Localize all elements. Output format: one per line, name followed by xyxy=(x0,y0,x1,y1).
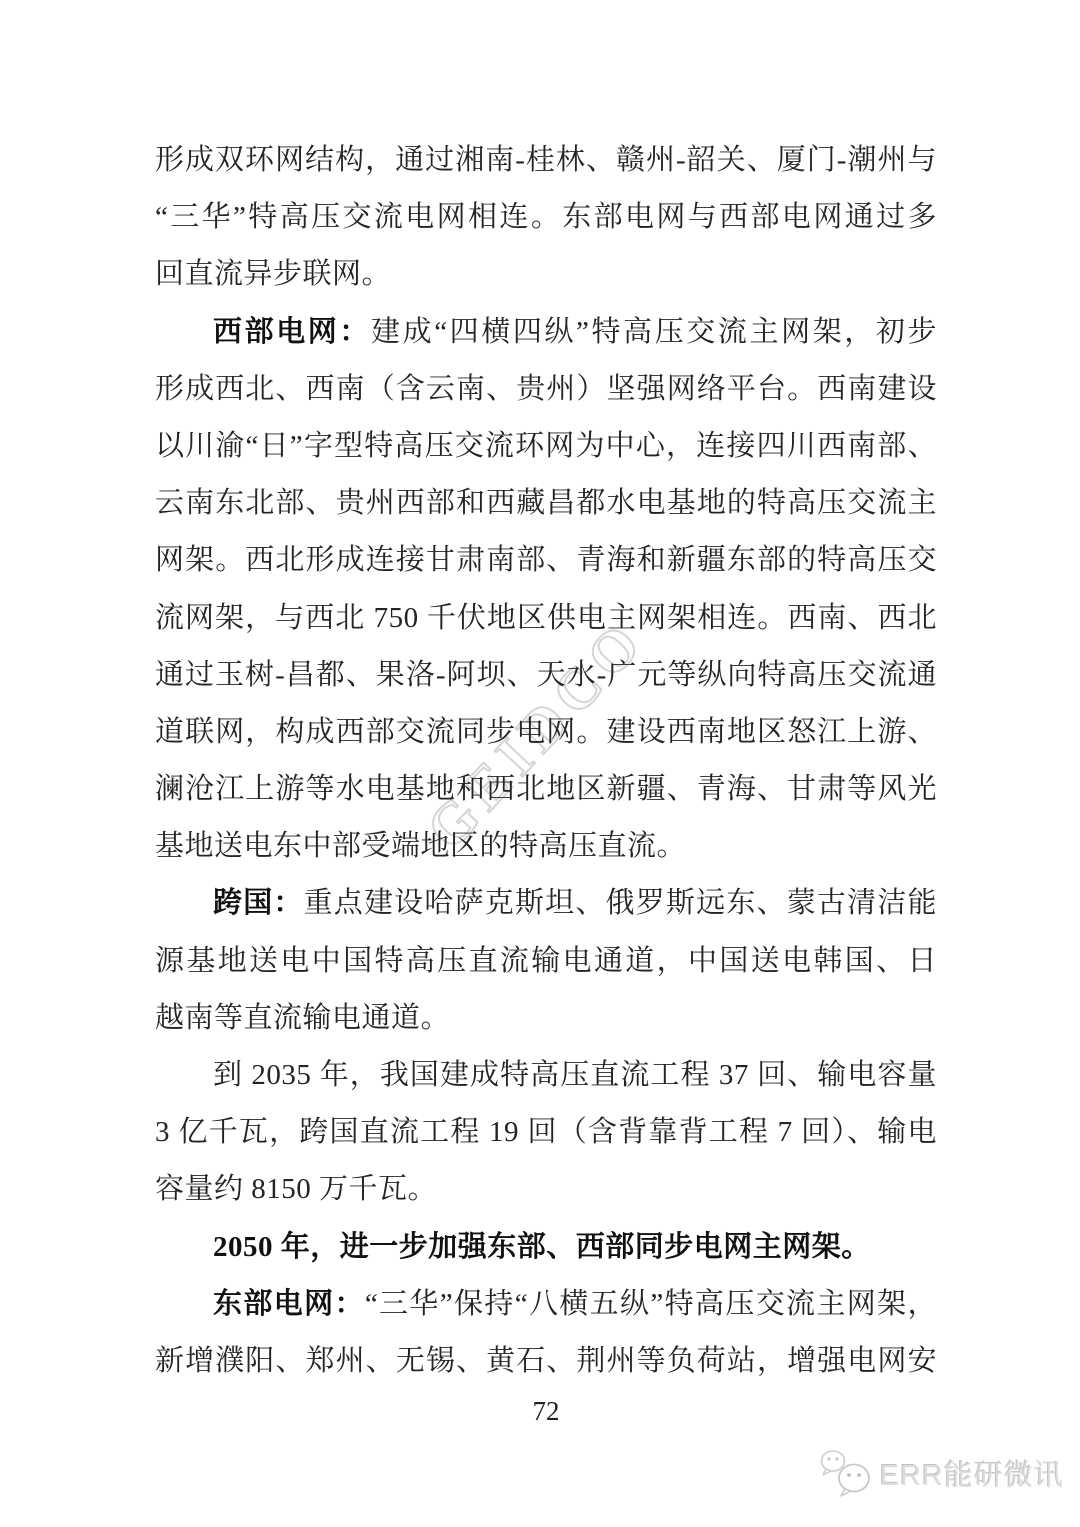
bold-text-segment: 跨国： xyxy=(213,887,304,919)
document-body: 形成双环网结构，通过湘南-桂林、赣州-韶关、厦门-潮州与“三华”特高压交流电网相… xyxy=(155,132,937,1390)
wechat-icon xyxy=(819,1448,875,1498)
footer-watermark-label: ERR能研微讯 xyxy=(880,1453,1064,1494)
text-line: 新增濮阳、郑州、无锡、黄石、荆州等负荷站，增强电网安 xyxy=(155,1333,937,1390)
text-line: 回直流异步联网。 xyxy=(155,246,937,303)
text-line: 东部电网：“三华”保持“八横五纵”特高压交流主网架， xyxy=(155,1276,937,1333)
text-line: 源基地送电中国特高压直流输电通道，中国送电韩国、日本、 xyxy=(155,933,937,990)
text-line: 2050 年，进一步加强东部、西部同步电网主网架。 xyxy=(155,1219,937,1276)
bold-text-segment: 2050 年，进一步加强东部、西部同步电网主网架。 xyxy=(213,1231,871,1263)
text-segment: 澜沧江上游等水电基地和西北地区新疆、青海、甘肃等风光 xyxy=(155,773,937,805)
text-segment: 网架。西北形成连接甘肃南部、青海和新疆东部的特高压交 xyxy=(155,544,937,576)
text-segment: 以川渝“日”字型特高压交流环网为中心，连接四川西南部、 xyxy=(155,430,937,462)
text-segment: 回直流异步联网。 xyxy=(155,258,391,290)
text-line: 容量约 8150 万千瓦。 xyxy=(155,1161,937,1218)
text-segment: 道联网，构成西部交流同步电网。建设西南地区怒江上游、 xyxy=(155,716,937,748)
text-segment: 到 2035 年，我国建成特高压直流工程 37 回、输电容量 xyxy=(213,1059,937,1091)
footer-watermark: ERR能研微讯 xyxy=(819,1448,1064,1498)
text-segment: 3 亿千瓦，跨国直流工程 19 回（含背靠背工程 7 回）、输电 xyxy=(155,1116,937,1148)
text-segment: 通过玉树-昌都、果洛-阿坝、天水-广元等纵向特高压交流通 xyxy=(155,659,937,691)
text-segment: 容量约 8150 万千瓦。 xyxy=(155,1173,437,1205)
text-line: 澜沧江上游等水电基地和西北地区新疆、青海、甘肃等风光 xyxy=(155,761,937,818)
text-segment: 基地送电东中部受端地区的特高压直流。 xyxy=(155,830,686,862)
text-line: 云南东北部、贵州西部和西藏昌都水电基地的特高压交流主 xyxy=(155,475,937,532)
text-line: 基地送电东中部受端地区的特高压直流。 xyxy=(155,818,937,875)
page-number: 72 xyxy=(155,1396,937,1427)
text-line: 西部电网：建成“四横四纵”特高压交流主网架，初步 xyxy=(155,304,937,361)
document-page: { "page": { "number": "72" }, "watermark… xyxy=(0,0,1080,1527)
text-line: 流网架，与西北 750 千伏地区供电主网架相连。西南、西北 xyxy=(155,590,937,647)
text-line: 道联网，构成西部交流同步电网。建设西南地区怒江上游、 xyxy=(155,704,937,761)
text-segment: 流网架，与西北 750 千伏地区供电主网架相连。西南、西北 xyxy=(155,602,937,634)
text-segment: 新增濮阳、郑州、无锡、黄石、荆州等负荷站，增强电网安 xyxy=(155,1345,937,1377)
text-segment: 形成西北、西南（含云南、贵州）坚强网络平台。西南建设 xyxy=(155,373,937,405)
text-segment: “三华”特高压交流电网相连。东部电网与西部电网通过多 xyxy=(155,201,937,233)
text-segment: 源基地送电中国特高压直流输电通道，中国送电韩国、日本、 xyxy=(155,945,937,990)
text-line: 以川渝“日”字型特高压交流环网为中心，连接四川西南部、 xyxy=(155,418,937,475)
bold-text-segment: 西部电网： xyxy=(213,316,371,348)
text-line: 网架。西北形成连接甘肃南部、青海和新疆东部的特高压交 xyxy=(155,532,937,589)
text-segment: 云南东北部、贵州西部和西藏昌都水电基地的特高压交流主 xyxy=(155,487,937,519)
text-line: 越南等直流输电通道。 xyxy=(155,990,937,1047)
text-line: 形成西北、西南（含云南、贵州）坚强网络平台。西南建设 xyxy=(155,361,937,418)
text-line: 3 亿千瓦，跨国直流工程 19 回（含背靠背工程 7 回）、输电 xyxy=(155,1104,937,1161)
text-segment: 越南等直流输电通道。 xyxy=(155,1002,450,1034)
text-line: 到 2035 年，我国建成特高压直流工程 37 回、输电容量 xyxy=(155,1047,937,1104)
bold-text-segment: 东部电网： xyxy=(213,1288,365,1320)
text-segment: 形成双环网结构，通过湘南-桂林、赣州-韶关、厦门-潮州与 xyxy=(155,144,937,176)
text-segment: “三华”保持“八横五纵”特高压交流主网架， xyxy=(365,1288,937,1320)
text-line: 形成双环网结构，通过湘南-桂林、赣州-韶关、厦门-潮州与 xyxy=(155,132,937,189)
text-line: 跨国：重点建设哈萨克斯坦、俄罗斯远东、蒙古清洁能 xyxy=(155,875,937,932)
text-line: “三华”特高压交流电网相连。东部电网与西部电网通过多 xyxy=(155,189,937,246)
text-segment: 重点建设哈萨克斯坦、俄罗斯远东、蒙古清洁能 xyxy=(304,887,937,919)
text-line: 通过玉树-昌都、果洛-阿坝、天水-广元等纵向特高压交流通 xyxy=(155,647,937,704)
text-segment: 建成“四横四纵”特高压交流主网架，初步 xyxy=(371,316,937,348)
